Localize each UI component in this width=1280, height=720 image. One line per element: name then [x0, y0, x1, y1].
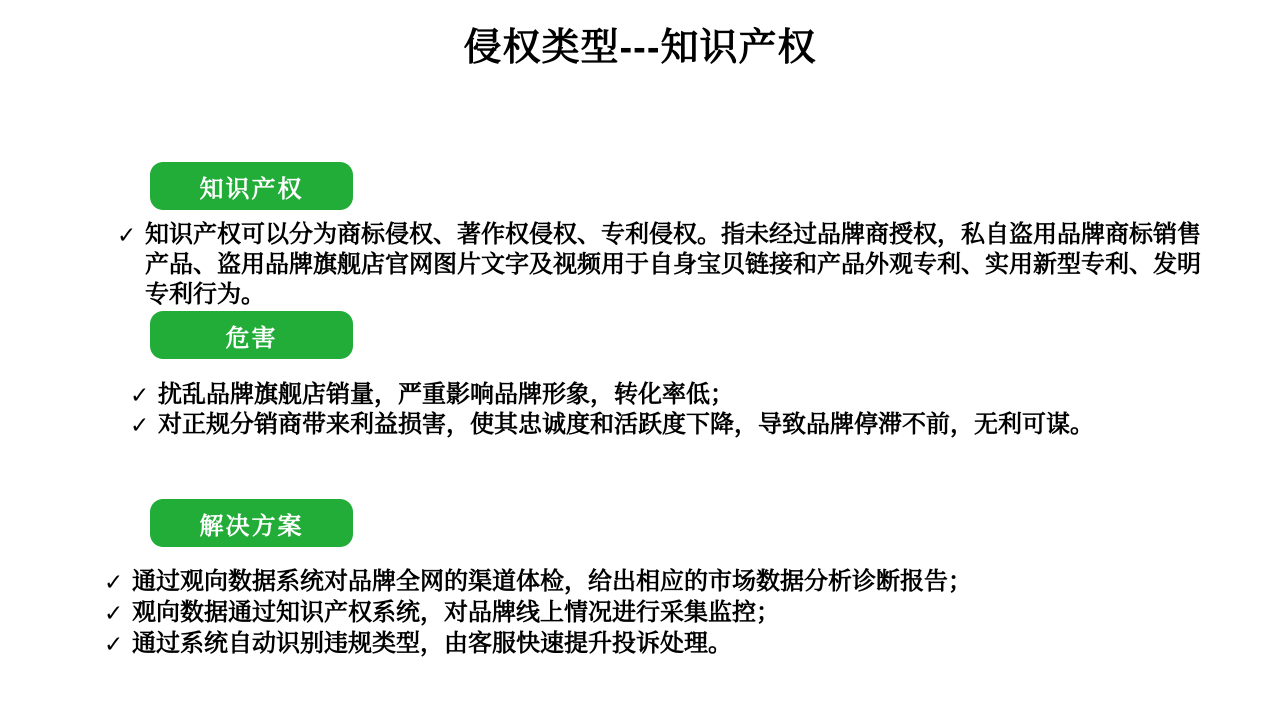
- bullet-solution-2: ✓ 观向数据通过知识产权系统，对品牌线上情况进行采集监控；: [104, 598, 780, 628]
- bullet-line: 对正规分销商带来利益损害，使其忠诚度和活跃度下降，导致品牌停滞不前，无利可谋。: [158, 410, 1094, 440]
- bullet-text: 通过系统自动识别违规类型，由客服快速提升投诉处理。: [132, 629, 732, 659]
- check-icon: ✓: [104, 629, 132, 659]
- check-icon: ✓: [104, 598, 132, 628]
- bullet-line: 通过系统自动识别违规类型，由客服快速提升投诉处理。: [132, 629, 732, 659]
- bullet-line: 扰乱品牌旗舰店销量，严重影响品牌形象，转化率低；: [158, 380, 734, 410]
- slide: 侵权类型---知识产权 知识产权 ✓ 知识产权可以分为商标侵权、著作权侵权、专利…: [0, 0, 1280, 720]
- bullet-text: 对正规分销商带来利益损害，使其忠诚度和活跃度下降，导致品牌停滞不前，无利可谋。: [158, 410, 1094, 440]
- check-icon: ✓: [130, 380, 158, 410]
- bullet-line: 产品、盗用品牌旗舰店官网图片文字及视频用于自身宝贝链接和产品外观专利、实用新型专…: [145, 250, 1201, 280]
- badge-intellectual-property: 知识产权: [150, 162, 353, 210]
- check-icon: ✓: [117, 220, 145, 250]
- check-icon: ✓: [130, 410, 158, 440]
- badge-harm: 危害: [150, 311, 353, 359]
- badge-label: 解决方案: [200, 506, 304, 541]
- badge-solution: 解决方案: [150, 499, 353, 547]
- check-icon: ✓: [104, 567, 132, 597]
- bullet-line: 知识产权可以分为商标侵权、著作权侵权、专利侵权。指未经过品牌商授权，私自盗用品牌…: [145, 220, 1201, 250]
- bullet-line: 观向数据通过知识产权系统，对品牌线上情况进行采集监控；: [132, 598, 780, 628]
- bullet-text: 知识产权可以分为商标侵权、著作权侵权、专利侵权。指未经过品牌商授权，私自盗用品牌…: [145, 220, 1201, 310]
- badge-label: 危害: [226, 318, 278, 353]
- bullet-line: 通过观向数据系统对品牌全网的渠道体检，给出相应的市场数据分析诊断报告；: [132, 567, 972, 597]
- bullet-harm-1: ✓ 扰乱品牌旗舰店销量，严重影响品牌形象，转化率低；: [130, 380, 734, 410]
- slide-title: 侵权类型---知识产权: [0, 16, 1280, 71]
- bullet-harm-2: ✓ 对正规分销商带来利益损害，使其忠诚度和活跃度下降，导致品牌停滞不前，无利可谋…: [130, 410, 1094, 440]
- bullet-solution-3: ✓ 通过系统自动识别违规类型，由客服快速提升投诉处理。: [104, 629, 732, 659]
- bullet-solution-1: ✓ 通过观向数据系统对品牌全网的渠道体检，给出相应的市场数据分析诊断报告；: [104, 567, 972, 597]
- bullet-text: 观向数据通过知识产权系统，对品牌线上情况进行采集监控；: [132, 598, 780, 628]
- badge-label: 知识产权: [200, 169, 304, 204]
- bullet-ip-definition: ✓ 知识产权可以分为商标侵权、著作权侵权、专利侵权。指未经过品牌商授权，私自盗用…: [117, 220, 1217, 310]
- bullet-text: 扰乱品牌旗舰店销量，严重影响品牌形象，转化率低；: [158, 380, 734, 410]
- bullet-line: 专利行为。: [145, 280, 1201, 310]
- bullet-text: 通过观向数据系统对品牌全网的渠道体检，给出相应的市场数据分析诊断报告；: [132, 567, 972, 597]
